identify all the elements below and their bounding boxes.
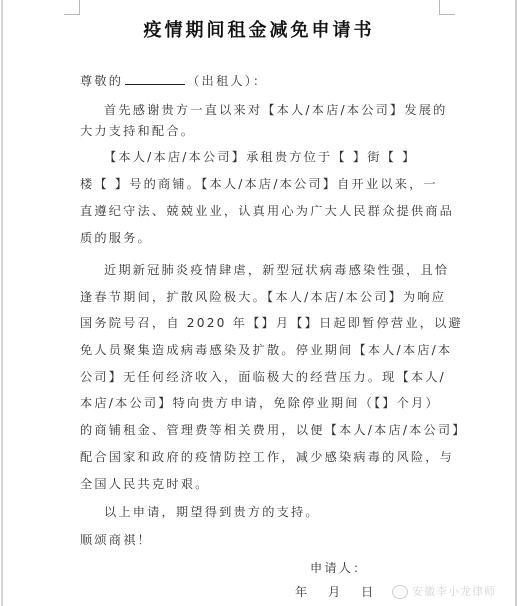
watermark-text: 安徽李小龙律师 [412,585,496,598]
body-line: 近期新冠肺炎疫情肆虐，新型冠状病毒感染性强，且恰 [104,262,449,278]
body-line: 本店/本公司】特向贵方申请，免除停业期间（【】个月） [80,395,440,411]
weibo-icon [392,585,408,599]
body-line: 大力支持和配合。 [80,123,195,139]
applicant-label: 申请人： [310,560,368,576]
document-title: 疫情期间租金减免申请书 [0,16,518,42]
page-border-left [1,0,3,606]
salutation: 尊敬的（出租人）： [80,72,267,89]
salutation-prefix: 尊敬的 [80,74,123,88]
body-line: 首先感谢贵方一直以来对【本人/本店/本公司】发展的 [104,102,448,118]
body-line: 逢春节期间，扩散风险极大。【本人/本店/本公司】为响应 [80,289,446,305]
salutation-suffix: （出租人）： [187,74,267,88]
body-line: 直遵纪守法、兢兢业业，认真用心为广大人民群众提供商品 [80,203,454,219]
body-line: 配合国家和政府的疫情防控工作，减少感染病毒的风险，与 [80,449,454,465]
body-line: 的商铺租金、管理费等相关费用，以便【本人/本店/本公司】 [80,422,467,438]
body-line: 免人员聚集造成病毒感染及扩散。停业期间【本人/本店/本 [80,342,452,358]
body-line: 质的服务。 [80,230,152,246]
body-line: 【本人/本店/本公司】承租贵方位于【 】街【 】 [104,149,417,165]
landlord-name-blank[interactable] [125,72,185,85]
body-line: 以上申请，期望得到贵方的支持。 [104,504,320,520]
body-line: 楼【 】号的商铺。【本人/本店/本公司】自开业以来，一 [80,176,438,192]
date-day: 日 [361,584,375,600]
date-year: 年 [295,584,309,600]
margin-mark-top-left [64,0,80,15]
page-border-right [515,0,517,606]
body-line: 公司】无任何经济收入，面临极大的经营压力。现【本人/ [80,369,446,385]
body-line: 全国人民共克时艰。 [80,476,210,492]
date-month: 月 [328,584,342,600]
body-line: 国务院号召，自 2020 年【】月【】日起即暂停营业，以避 [80,315,463,331]
watermark: 安徽李小龙律师 [392,583,496,599]
margin-mark-top-right [439,0,455,15]
closing-salutation: 顺颂商祺！ [80,532,152,548]
